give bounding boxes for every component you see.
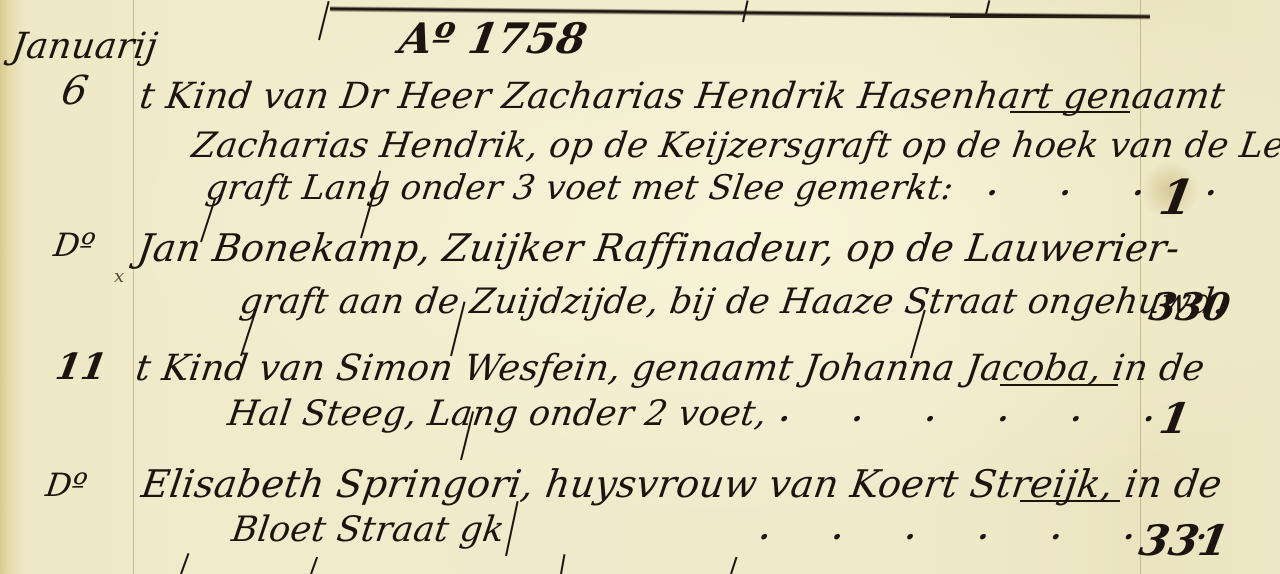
entry-number: 331 [1136,516,1233,565]
entry-date: Dº [51,226,97,264]
heading-double-rule-lower [950,16,1150,18]
entry-line: Jan Bonekamp, Zuijker Raffinadeur, op de… [135,226,1183,270]
left-margin-rule [133,0,134,574]
line-underline [1020,500,1120,502]
register-page-scan: Januarij Aº 1758 6 t Kind van Dr Heer Za… [0,0,1280,574]
entry-number: 330 [1146,284,1234,329]
entry-line: graft Lang onder 3 voet met Slee gemerkt… [203,168,956,208]
cropped-next-line-stroke [180,553,189,574]
entry-date: 6 [58,68,92,114]
entry-line: Zacharias Hendrik, op de Keijzersgraft o… [189,126,1280,166]
year-heading: Aº 1758 [396,14,591,63]
filler-dots: . . . . . . [778,394,1184,429]
entry-line: Bloet Straat gk [229,510,507,550]
entry-line: graft aan de Zuijdzijde, bij de Haaze St… [237,282,1228,322]
ink-descender [318,1,330,40]
entry-date: Dº [43,466,89,504]
cropped-next-line-stroke [560,554,565,574]
entry-line: Hal Steeg, Lang onder 2 voet, [225,394,769,434]
entry-line: t Kind van Simon Wesfein, genaamt Johann… [133,348,1207,389]
line-underline [1000,384,1118,386]
cropped-next-line-stroke [730,557,737,574]
entry-date: 11 [52,346,110,388]
month-label: Januarij [9,26,160,67]
line-underline [1010,111,1130,113]
margin-x-mark: x [114,266,124,287]
cropped-next-line-stroke [310,557,318,574]
